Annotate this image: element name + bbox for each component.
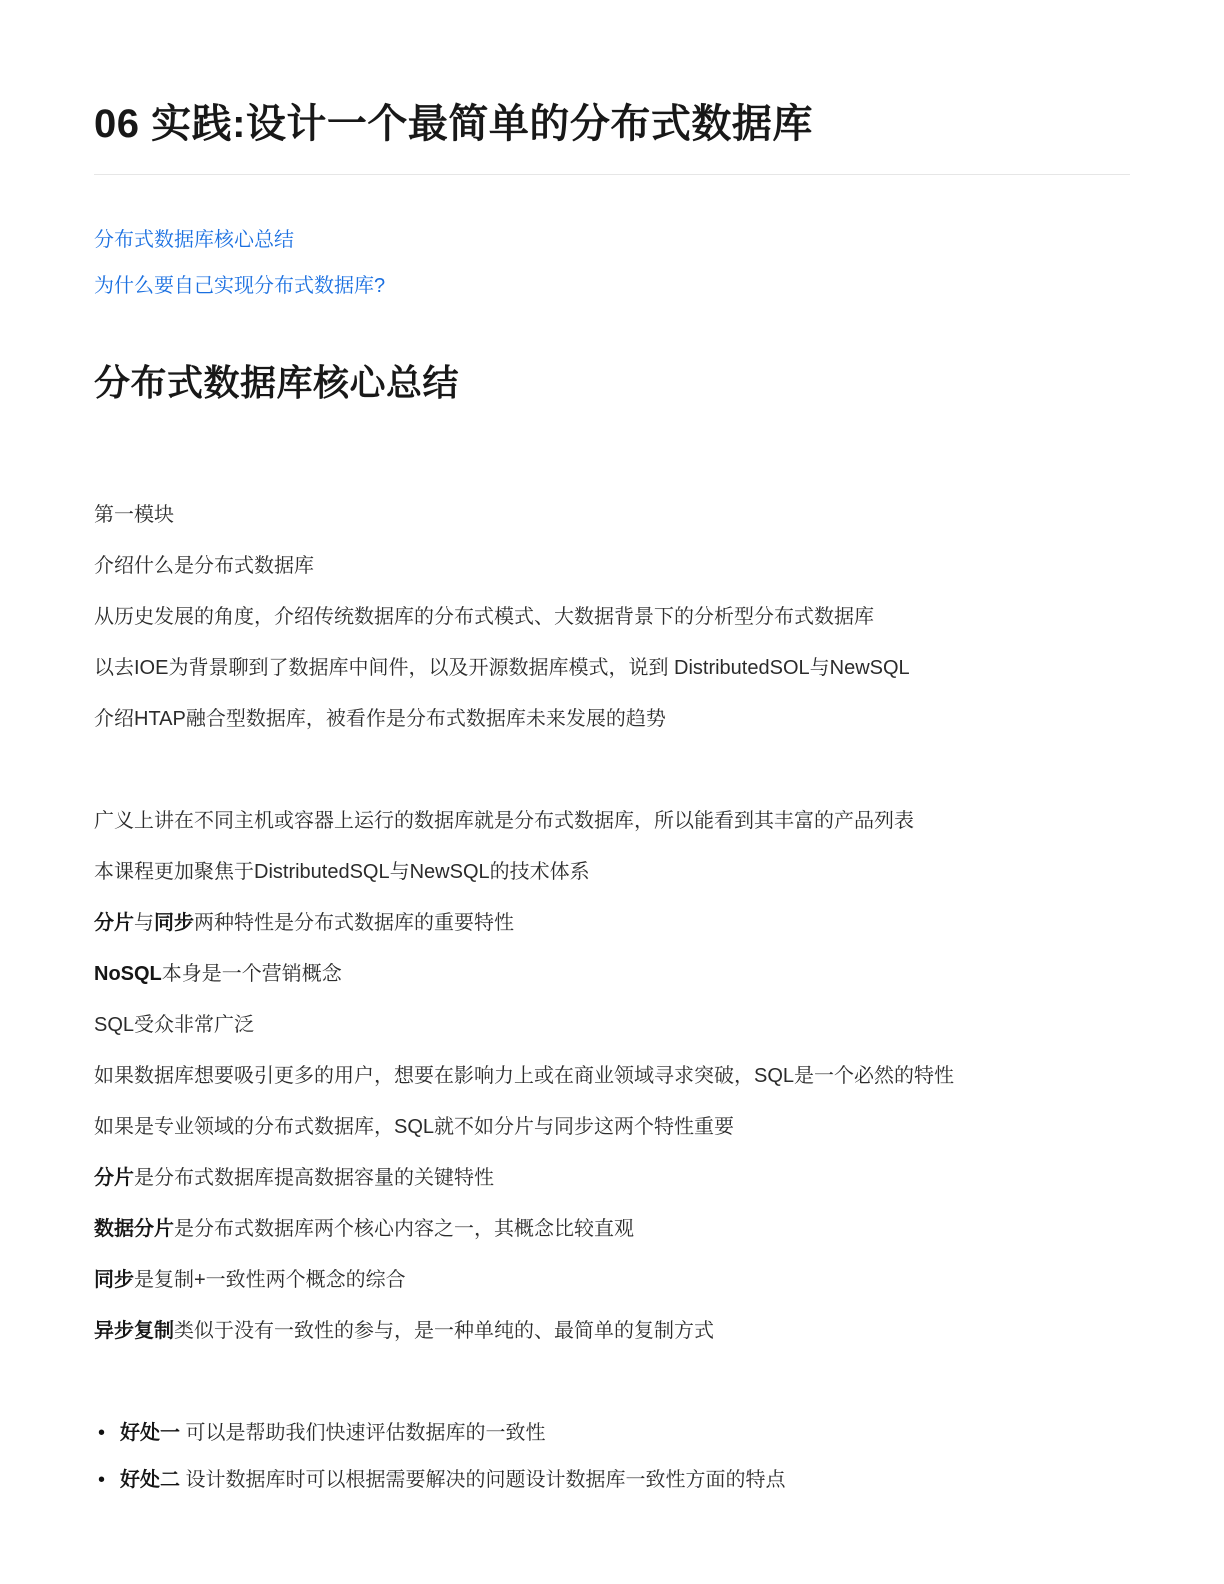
- paragraph: 第一模块: [94, 502, 1130, 529]
- list-item: 好处一 可以是帮助我们快速评估数据库的一致性: [120, 1420, 1130, 1447]
- text: 介绍什么是分布式数据库: [94, 555, 314, 577]
- text: 广义上讲在不同主机或容器上运行的数据库就是分布式数据库，所以能看到其丰富的产品列…: [94, 810, 914, 832]
- paragraph: 异步复制类似于没有一致性的参与，是一种单纯的、最简单的复制方式: [94, 1318, 1130, 1345]
- text: SQL受众非常广泛: [94, 1014, 254, 1036]
- document-page: 06 实践:设计一个最简单的分布式数据库 分布式数据库核心总结为什么要自己实现分…: [0, 0, 1224, 1584]
- bold-text: 分片: [94, 1167, 134, 1189]
- bold-text: 数据分片: [94, 1218, 174, 1240]
- text: 与: [134, 912, 154, 934]
- toc-link-row: 分布式数据库核心总结: [94, 227, 1130, 253]
- paragraph: 本课程更加聚焦于DistributedSQL与NewSQL的技术体系: [94, 859, 1130, 886]
- page-title: 06 实践:设计一个最简单的分布式数据库: [94, 100, 1130, 175]
- paragraph: 分片与同步两种特性是分布式数据库的重要特性: [94, 910, 1130, 937]
- text: 本课程更加聚焦于DistributedSQL与NewSQL的技术体系: [94, 861, 590, 883]
- text: 本身是一个营销概念: [162, 963, 342, 985]
- paragraph: 数据分片是分布式数据库两个核心内容之一，其概念比较直观: [94, 1216, 1130, 1243]
- text: 类似于没有一致性的参与，是一种单纯的、最简单的复制方式: [174, 1320, 714, 1342]
- bold-text: NoSQL: [94, 963, 162, 985]
- text: 第一模块: [94, 504, 174, 526]
- paragraph: 广义上讲在不同主机或容器上运行的数据库就是分布式数据库，所以能看到其丰富的产品列…: [94, 808, 1130, 835]
- text: 如果数据库想要吸引更多的用户，想要在影响力上或在商业领域寻求突破，SQL是一个必…: [94, 1065, 954, 1087]
- section-heading: 分布式数据库核心总结: [94, 359, 1130, 406]
- text: 介绍HTAP融合型数据库，被看作是分布式数据库未来发展的趋势: [94, 708, 666, 730]
- bold-text: 同步: [94, 1269, 134, 1291]
- paragraph: 如果是专业领域的分布式数据库，SQL就不如分片与同步这两个特性重要: [94, 1114, 1130, 1141]
- paragraph: 如果数据库想要吸引更多的用户，想要在影响力上或在商业领域寻求突破，SQL是一个必…: [94, 1063, 1130, 1090]
- text: 以去IOE为背景聊到了数据库中间件，以及开源数据库模式，说到 Distribut…: [94, 657, 910, 679]
- content-paragraphs: 第一模块介绍什么是分布式数据库从历史发展的角度，介绍传统数据库的分布式模式、大数…: [94, 502, 1130, 1345]
- text: 是复制+一致性两个概念的综合: [134, 1269, 406, 1291]
- paragraph: 以去IOE为背景聊到了数据库中间件，以及开源数据库模式，说到 Distribut…: [94, 655, 1130, 682]
- paragraph: 同步是复制+一致性两个概念的综合: [94, 1267, 1130, 1294]
- bullet-list: 好处一 可以是帮助我们快速评估数据库的一致性好处二 设计数据库时可以根据需要解决…: [94, 1420, 1130, 1494]
- toc-link-row: 为什么要自己实现分布式数据库?: [94, 273, 1130, 299]
- text: 可以是帮助我们快速评估数据库的一致性: [180, 1422, 546, 1444]
- bold-text: 异步复制: [94, 1320, 174, 1342]
- paragraph: 分片是分布式数据库提高数据容量的关键特性: [94, 1165, 1130, 1192]
- bold-text: 好处二: [120, 1469, 180, 1491]
- toc-link[interactable]: 为什么要自己实现分布式数据库?: [94, 275, 385, 297]
- paragraph: SQL受众非常广泛: [94, 1012, 1130, 1039]
- paragraph: NoSQL本身是一个营销概念: [94, 961, 1130, 988]
- bold-text: 好处一: [120, 1422, 180, 1444]
- text: 如果是专业领域的分布式数据库，SQL就不如分片与同步这两个特性重要: [94, 1116, 734, 1138]
- bold-text: 同步: [154, 912, 194, 934]
- text: 是分布式数据库两个核心内容之一，其概念比较直观: [174, 1218, 634, 1240]
- toc-links: 分布式数据库核心总结为什么要自己实现分布式数据库?: [94, 227, 1130, 299]
- bold-text: 分片: [94, 912, 134, 934]
- text: 是分布式数据库提高数据容量的关键特性: [134, 1167, 494, 1189]
- text: 设计数据库时可以根据需要解决的问题设计数据库一致性方面的特点: [180, 1469, 786, 1491]
- paragraph: 从历史发展的角度，介绍传统数据库的分布式模式、大数据背景下的分析型分布式数据库: [94, 604, 1130, 631]
- paragraph: 介绍HTAP融合型数据库，被看作是分布式数据库未来发展的趋势: [94, 706, 1130, 733]
- paragraph: 介绍什么是分布式数据库: [94, 553, 1130, 580]
- list-item: 好处二 设计数据库时可以根据需要解决的问题设计数据库一致性方面的特点: [120, 1467, 1130, 1494]
- text: 从历史发展的角度，介绍传统数据库的分布式模式、大数据背景下的分析型分布式数据库: [94, 606, 874, 628]
- text: 两种特性是分布式数据库的重要特性: [194, 912, 514, 934]
- toc-link[interactable]: 分布式数据库核心总结: [94, 229, 294, 251]
